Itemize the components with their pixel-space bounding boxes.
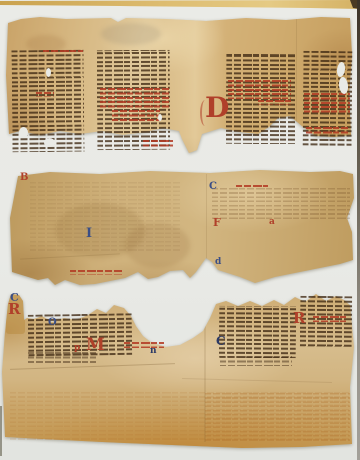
initial-mark: C <box>209 182 217 192</box>
initial-mark: B <box>20 173 28 183</box>
rubric-word <box>36 92 54 97</box>
illuminated-initial: R <box>8 302 20 317</box>
faded-text <box>212 188 350 220</box>
initial-mark: I <box>86 227 92 240</box>
initial-flourish <box>200 100 210 126</box>
text-block-center-tail <box>220 356 292 366</box>
faded-text <box>30 182 180 252</box>
framed-manuscript-photo: D B C F a I d C R O p M n C R <box>0 0 360 460</box>
rubric-block <box>112 110 160 123</box>
rubric-block <box>306 127 348 136</box>
parchment-hole <box>158 114 162 121</box>
ink-overlay: D B C F a I d C R O p M n C R <box>0 0 360 460</box>
rubric-word <box>236 185 268 189</box>
ghost-ruled-lines <box>205 393 350 443</box>
initial-mark: d <box>215 258 221 267</box>
frame-left-edge <box>0 406 2 456</box>
rubric-line <box>43 50 83 54</box>
rubric-word <box>313 316 347 322</box>
initial-mark: O <box>48 318 57 328</box>
parchment-hole <box>44 138 55 147</box>
initial-mark: p <box>74 344 80 353</box>
initial-mark: C <box>216 335 226 347</box>
rubric-word <box>70 270 122 275</box>
text-column-3 <box>226 54 296 144</box>
illuminated-initial: R <box>293 311 305 326</box>
parchment-hole <box>19 127 28 138</box>
parchment-hole <box>46 68 51 77</box>
rubric-line <box>124 342 164 348</box>
rubric-block <box>228 80 291 99</box>
initial-mark: a <box>269 218 275 227</box>
rubric-word <box>143 140 173 147</box>
rubric-word <box>258 100 291 105</box>
initial-mark: n <box>150 347 157 356</box>
text-block-center <box>219 306 296 359</box>
illuminated-initial: M <box>86 337 105 354</box>
rubric-block <box>100 88 170 108</box>
initial-mark: F <box>213 217 221 228</box>
rubric-block <box>304 93 350 115</box>
text-block-right <box>300 296 353 349</box>
